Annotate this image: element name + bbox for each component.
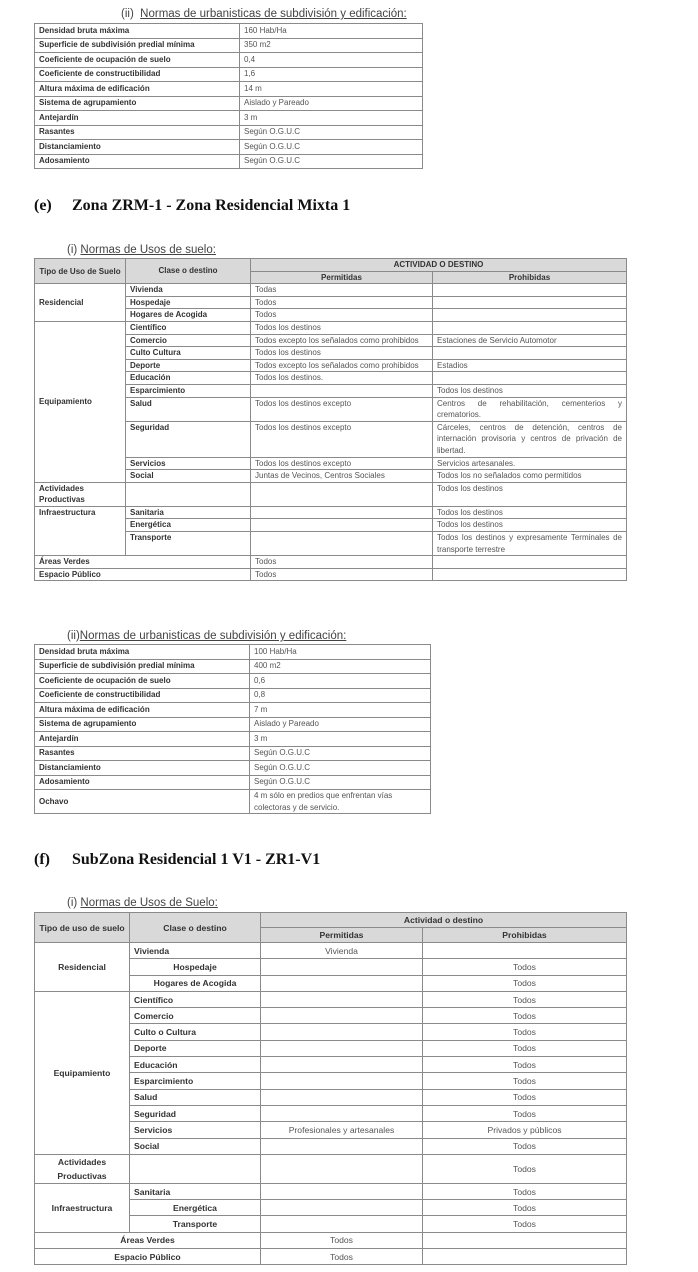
caption-prefix: (i) <box>67 897 77 909</box>
caption-text: Normas de Usos de suelo: <box>80 244 216 256</box>
permitidas-cell: Juntas de Vecinos, Centros Sociales <box>251 470 433 483</box>
norms-row: DistanciamientoSegún O.G.U.C <box>35 761 431 776</box>
norm-label: Rasantes <box>35 125 240 140</box>
norms-row: Densidad bruta máxima100 Hab/Ha <box>35 645 431 660</box>
norm-label: Coeficiente de ocupación de suelo <box>35 674 250 689</box>
permitidas-cell <box>251 519 433 532</box>
clase-cell: Transporte <box>130 1216 261 1232</box>
clase-cell: Comercio <box>130 1008 261 1024</box>
clase-cell: Energética <box>126 519 251 532</box>
table-row: InfraestructuraSanitariaTodos los destin… <box>35 506 627 519</box>
group-actividades: Actividades Productivas <box>35 1154 130 1183</box>
norm-value: 350 m2 <box>240 38 423 53</box>
norms-row: Antejardín3 m <box>35 111 423 126</box>
norm-value: Según O.G.U.C <box>250 746 431 761</box>
prohibidas-cell: Todos <box>423 1024 627 1040</box>
norm-label: Rasantes <box>35 746 250 761</box>
norms-row: AdosamientoSegún O.G.U.C <box>35 775 431 790</box>
clase-cell: Hospedaje <box>130 959 261 975</box>
norms-row: AdosamientoSegún O.G.U.C <box>35 154 423 169</box>
permitidas-cell: Todos <box>251 309 433 322</box>
prohibidas-cell: Todos los destinos <box>433 506 627 519</box>
permitidas-cell: Todos <box>261 1249 423 1265</box>
table-row: Espacio PúblicoTodos <box>35 1249 627 1265</box>
clase-cell: Esparcimiento <box>130 1073 261 1089</box>
permitidas-cell <box>261 1024 423 1040</box>
group-equipamiento: Equipamiento <box>35 321 126 482</box>
group-infraestructura: Infraestructura <box>35 1183 130 1232</box>
norm-value: 0,8 <box>250 688 431 703</box>
permitidas-cell: Todos <box>261 1232 423 1248</box>
norms-row: Antejardín3 m <box>35 732 431 747</box>
prohibidas-cell <box>433 556 627 569</box>
norm-label: Coeficiente de constructibilidad <box>35 688 250 703</box>
norms-caption-e: (ii)Normas de urbanisticas de subdivisió… <box>67 630 346 642</box>
norms-row: Coeficiente de constructibilidad0,8 <box>35 688 431 703</box>
norms-row: Superficie de subdivisión predial mínima… <box>35 38 423 53</box>
norm-label: Antejardín <box>35 732 250 747</box>
permitidas-cell <box>261 1073 423 1089</box>
caption-prefix: (ii) <box>121 8 134 20</box>
norm-value: 400 m2 <box>250 659 431 674</box>
norms-row: Altura máxima de edificación14 m <box>35 82 423 97</box>
header-tipo: Tipo de uso de suelo <box>35 913 130 943</box>
clase-cell: Energética <box>130 1200 261 1216</box>
permitidas-cell: Todos los destinos excepto <box>251 397 433 421</box>
norms-row: Densidad bruta máxima160 Hab/Ha <box>35 24 423 39</box>
prohibidas-cell: Todos <box>423 1057 627 1073</box>
clase-cell: Social <box>130 1138 261 1154</box>
clase-cell: Científico <box>130 991 261 1007</box>
norm-label: Densidad bruta máxima <box>35 645 250 660</box>
group-residencial: Residencial <box>35 284 126 322</box>
header-clase: Clase o destino <box>130 913 261 943</box>
norm-label: Antejardín <box>35 111 240 126</box>
norm-value: Según O.G.U.C <box>240 125 423 140</box>
permitidas-cell: Profesionales y artesanales <box>261 1122 423 1138</box>
permitidas-cell: Todos los destinos excepto <box>251 421 433 457</box>
permitidas-cell <box>261 1216 423 1232</box>
table-row: InfraestructuraSanitariaTodos <box>35 1183 627 1199</box>
norm-value: 7 m <box>250 703 431 718</box>
clase-cell <box>130 1154 261 1183</box>
prohibidas-cell: Estadios <box>433 359 627 372</box>
caption-prefix: (ii) <box>67 630 80 642</box>
norms-row: Coeficiente de ocupación de suelo0,4 <box>35 53 423 68</box>
prohibidas-cell: Estaciones de Servicio Automotor <box>433 334 627 347</box>
caption-text: Normas de urbanisticas de subdivisión y … <box>80 630 347 642</box>
norm-label: Sistema de agrupamiento <box>35 717 250 732</box>
norms-row: Sistema de agrupamientoAislado y Pareado <box>35 96 423 111</box>
prohibidas-cell <box>433 347 627 360</box>
norm-value: Aislado y Pareado <box>240 96 423 111</box>
clase-cell: Hospedaje <box>126 296 251 309</box>
clase-cell: Salud <box>126 397 251 421</box>
group-areas-verdes: Áreas Verdes <box>35 1232 261 1248</box>
section-title: SubZona Residencial 1 V1 - ZR1-V1 <box>72 851 320 868</box>
norm-label: Adosamiento <box>35 775 250 790</box>
clase-cell: Científico <box>126 321 251 334</box>
prohibidas-cell: Todos <box>423 1040 627 1056</box>
norm-label: Altura máxima de edificación <box>35 703 250 718</box>
permitidas-cell <box>261 1154 423 1183</box>
prohibidas-cell: Centros de rehabilitación, cementerios y… <box>433 397 627 421</box>
prohibidas-cell <box>423 1232 627 1248</box>
uses-caption-e: (i) Normas de Usos de suelo: <box>67 244 216 256</box>
section-title: Zona ZRM-1 - Zona Residencial Mixta 1 <box>72 197 350 214</box>
norm-value: 4 m sólo en predios que enfrentan vías c… <box>250 790 431 814</box>
permitidas-cell <box>251 506 433 519</box>
prohibidas-cell <box>423 1249 627 1265</box>
permitidas-cell <box>261 1057 423 1073</box>
norm-value: 0,6 <box>250 674 431 689</box>
permitidas-cell: Todos excepto los señalados como prohibi… <box>251 334 433 347</box>
clase-cell: Seguridad <box>130 1105 261 1121</box>
clase-cell: Servicios <box>126 457 251 470</box>
norms-row: RasantesSegún O.G.U.C <box>35 746 431 761</box>
table-row: Actividades ProductivasTodos <box>35 1154 627 1183</box>
clase-cell: Transporte <box>126 532 251 556</box>
prohibidas-cell: Todos <box>423 975 627 991</box>
norms-row: Altura máxima de edificación7 m <box>35 703 431 718</box>
prohibidas-cell <box>433 296 627 309</box>
permitidas-cell <box>261 959 423 975</box>
header-prohibidas: Prohibidas <box>423 928 627 943</box>
section-heading-e: (e)Zona ZRM-1 - Zona Residencial Mixta 1 <box>34 197 350 215</box>
norm-value: Según O.G.U.C <box>250 775 431 790</box>
prohibidas-cell: Servicios artesanales. <box>433 457 627 470</box>
section-label: (e) <box>34 197 72 215</box>
norm-label: Ochavo <box>35 790 250 814</box>
land-use-table-f: Tipo de uso de suelo Clase o destino Act… <box>34 912 627 1265</box>
group-espacio-publico: Espacio Público <box>35 1249 261 1265</box>
prohibidas-cell: Todos <box>423 1138 627 1154</box>
group-equipamiento: Equipamiento <box>35 991 130 1154</box>
norms-row: Sistema de agrupamientoAislado y Pareado <box>35 717 431 732</box>
permitidas-cell <box>251 532 433 556</box>
permitidas-cell: Vivienda <box>261 943 423 959</box>
prohibidas-cell <box>433 284 627 297</box>
header-tipo: Tipo de Uso de Suelo <box>35 259 126 284</box>
norms-row: Superficie de subdivisión predial mínima… <box>35 659 431 674</box>
prohibidas-cell <box>433 309 627 322</box>
permitidas-cell <box>261 1089 423 1105</box>
permitidas-cell: Todos excepto los señalados como prohibi… <box>251 359 433 372</box>
prohibidas-cell: Todos <box>423 1216 627 1232</box>
norms-table-e: Densidad bruta máxima100 Hab/HaSuperfici… <box>34 644 431 814</box>
norms-row: Coeficiente de constructibilidad1,6 <box>35 67 423 82</box>
norm-value: 160 Hab/Ha <box>240 24 423 39</box>
group-residencial: Residencial <box>35 943 130 992</box>
header-permitidas: Permitidas <box>261 928 423 943</box>
clase-cell: Educación <box>130 1057 261 1073</box>
prohibidas-cell: Todos <box>423 1183 627 1199</box>
clase-cell: Social <box>126 470 251 483</box>
norm-label: Superficie de subdivisión predial mínima <box>35 659 250 674</box>
prohibidas-cell <box>433 372 627 385</box>
norm-label: Coeficiente de ocupación de suelo <box>35 53 240 68</box>
group-infraestructura: Infraestructura <box>35 506 126 555</box>
clase-cell: Seguridad <box>126 421 251 457</box>
permitidas-cell <box>261 1008 423 1024</box>
table-row: Áreas VerdesTodos <box>35 556 627 569</box>
prohibidas-cell <box>433 321 627 334</box>
section-heading-f: (f)SubZona Residencial 1 V1 - ZR1-V1 <box>34 851 320 869</box>
clase-cell: Comercio <box>126 334 251 347</box>
clase-cell: Hogares de Acogida <box>126 309 251 322</box>
norm-label: Densidad bruta máxima <box>35 24 240 39</box>
prohibidas-cell: Todos los destinos <box>433 519 627 532</box>
norms-row: Ochavo4 m sólo en predios que enfrentan … <box>35 790 431 814</box>
prohibidas-cell: Privados y públicos <box>423 1122 627 1138</box>
norm-value: 0,4 <box>240 53 423 68</box>
norm-label: Distanciamiento <box>35 140 240 155</box>
caption-text: Normas de Usos de Suelo: <box>80 897 217 909</box>
norm-value: Según O.G.U.C <box>240 140 423 155</box>
permitidas-cell: Todas <box>251 284 433 297</box>
norms-table-d: Densidad bruta máxima160 Hab/HaSuperfici… <box>34 23 423 169</box>
norm-value: Aislado y Pareado <box>250 717 431 732</box>
norm-label: Altura máxima de edificación <box>35 82 240 97</box>
permitidas-cell <box>261 1200 423 1216</box>
prohibidas-cell <box>423 943 627 959</box>
norm-value: 1,6 <box>240 67 423 82</box>
norms-row: Coeficiente de ocupación de suelo0,6 <box>35 674 431 689</box>
prohibidas-cell: Todos <box>423 1154 627 1183</box>
header-permitidas: Permitidas <box>251 271 433 284</box>
norm-value: 3 m <box>240 111 423 126</box>
prohibidas-cell: Todos <box>423 1200 627 1216</box>
norms-caption-d: (ii) Normas de urbanisticas de subdivisi… <box>121 8 407 20</box>
permitidas-cell: Todos <box>251 296 433 309</box>
prohibidas-cell: Todos los destinos y expresamente Termin… <box>433 532 627 556</box>
permitidas-cell: Todos los destinos. <box>251 372 433 385</box>
prohibidas-cell: Todos los destinos <box>433 384 627 397</box>
clase-cell: Vivienda <box>126 284 251 297</box>
prohibidas-cell: Todos <box>423 1073 627 1089</box>
clase-cell: Sanitaria <box>126 506 251 519</box>
norms-row: RasantesSegún O.G.U.C <box>35 125 423 140</box>
clase-cell: Deporte <box>126 359 251 372</box>
clase-cell: Hogares de Acogida <box>130 975 261 991</box>
table-row: Actividades ProductivasTodos los destino… <box>35 482 627 506</box>
caption-text: Normas de urbanisticas de subdivisión y … <box>140 8 407 20</box>
clase-cell: Sanitaria <box>130 1183 261 1199</box>
permitidas-cell <box>261 1183 423 1199</box>
clase-cell: Deporte <box>130 1040 261 1056</box>
norm-value: 100 Hab/Ha <box>250 645 431 660</box>
norm-label: Distanciamiento <box>35 761 250 776</box>
permitidas-cell <box>261 1138 423 1154</box>
clase-cell: Servicios <box>130 1122 261 1138</box>
permitidas-cell: Todos <box>251 556 433 569</box>
group-actividades: Actividades Productivas <box>35 482 126 506</box>
prohibidas-cell: Todos <box>423 1008 627 1024</box>
clase-cell <box>126 482 251 506</box>
norm-value: Según O.G.U.C <box>240 154 423 169</box>
norm-value: Según O.G.U.C <box>250 761 431 776</box>
clase-cell: Culto o Cultura <box>130 1024 261 1040</box>
norm-label: Superficie de subdivisión predial mínima <box>35 38 240 53</box>
permitidas-cell <box>261 975 423 991</box>
norm-value: 3 m <box>250 732 431 747</box>
prohibidas-cell <box>433 568 627 581</box>
header-actividad: ACTIVIDAD O DESTINO <box>251 259 627 272</box>
clase-cell: Culto Cultura <box>126 347 251 360</box>
table-row: EquipamientoCientíficoTodos <box>35 991 627 1007</box>
prohibidas-cell: Todos los destinos <box>433 482 627 506</box>
uses-caption-f: (i) Normas de Usos de Suelo: <box>67 897 218 909</box>
permitidas-cell: Todos los destinos <box>251 321 433 334</box>
permitidas-cell: Todos <box>251 568 433 581</box>
group-areas-verdes: Áreas Verdes <box>35 556 251 569</box>
clase-cell: Esparcimiento <box>126 384 251 397</box>
caption-prefix: (i) <box>67 244 77 256</box>
prohibidas-cell: Cárceles, centros de detención, centros … <box>433 421 627 457</box>
section-label: (f) <box>34 851 72 869</box>
permitidas-cell <box>261 1105 423 1121</box>
permitidas-cell: Todos los destinos <box>251 347 433 360</box>
prohibidas-cell: Todos los no señalados como permitidos <box>433 470 627 483</box>
table-row: ResidencialViviendaTodas <box>35 284 627 297</box>
prohibidas-cell: Todos <box>423 959 627 975</box>
header-actividad: Actividad o destino <box>261 913 627 928</box>
prohibidas-cell: Todos <box>423 1089 627 1105</box>
prohibidas-cell: Todos <box>423 991 627 1007</box>
group-espacio-publico: Espacio Público <box>35 568 251 581</box>
table-row: Espacio PúblicoTodos <box>35 568 627 581</box>
table-row: EquipamientoCientíficoTodos los destinos <box>35 321 627 334</box>
clase-cell: Salud <box>130 1089 261 1105</box>
table-row: Áreas VerdesTodos <box>35 1232 627 1248</box>
norm-label: Adosamiento <box>35 154 240 169</box>
table-row: ResidencialViviendaVivienda <box>35 943 627 959</box>
permitidas-cell <box>251 384 433 397</box>
prohibidas-cell: Todos <box>423 1105 627 1121</box>
norms-row: DistanciamientoSegún O.G.U.C <box>35 140 423 155</box>
norm-value: 14 m <box>240 82 423 97</box>
permitidas-cell: Todos los destinos excepto <box>251 457 433 470</box>
norm-label: Coeficiente de constructibilidad <box>35 67 240 82</box>
permitidas-cell <box>251 482 433 506</box>
clase-cell: Vivienda <box>130 943 261 959</box>
land-use-table-e: Tipo de Uso de Suelo Clase o destino ACT… <box>34 258 627 581</box>
header-prohibidas: Prohibidas <box>433 271 627 284</box>
permitidas-cell <box>261 991 423 1007</box>
norm-label: Sistema de agrupamiento <box>35 96 240 111</box>
clase-cell: Educación <box>126 372 251 385</box>
header-clase: Clase o destino <box>126 259 251 284</box>
permitidas-cell <box>261 1040 423 1056</box>
